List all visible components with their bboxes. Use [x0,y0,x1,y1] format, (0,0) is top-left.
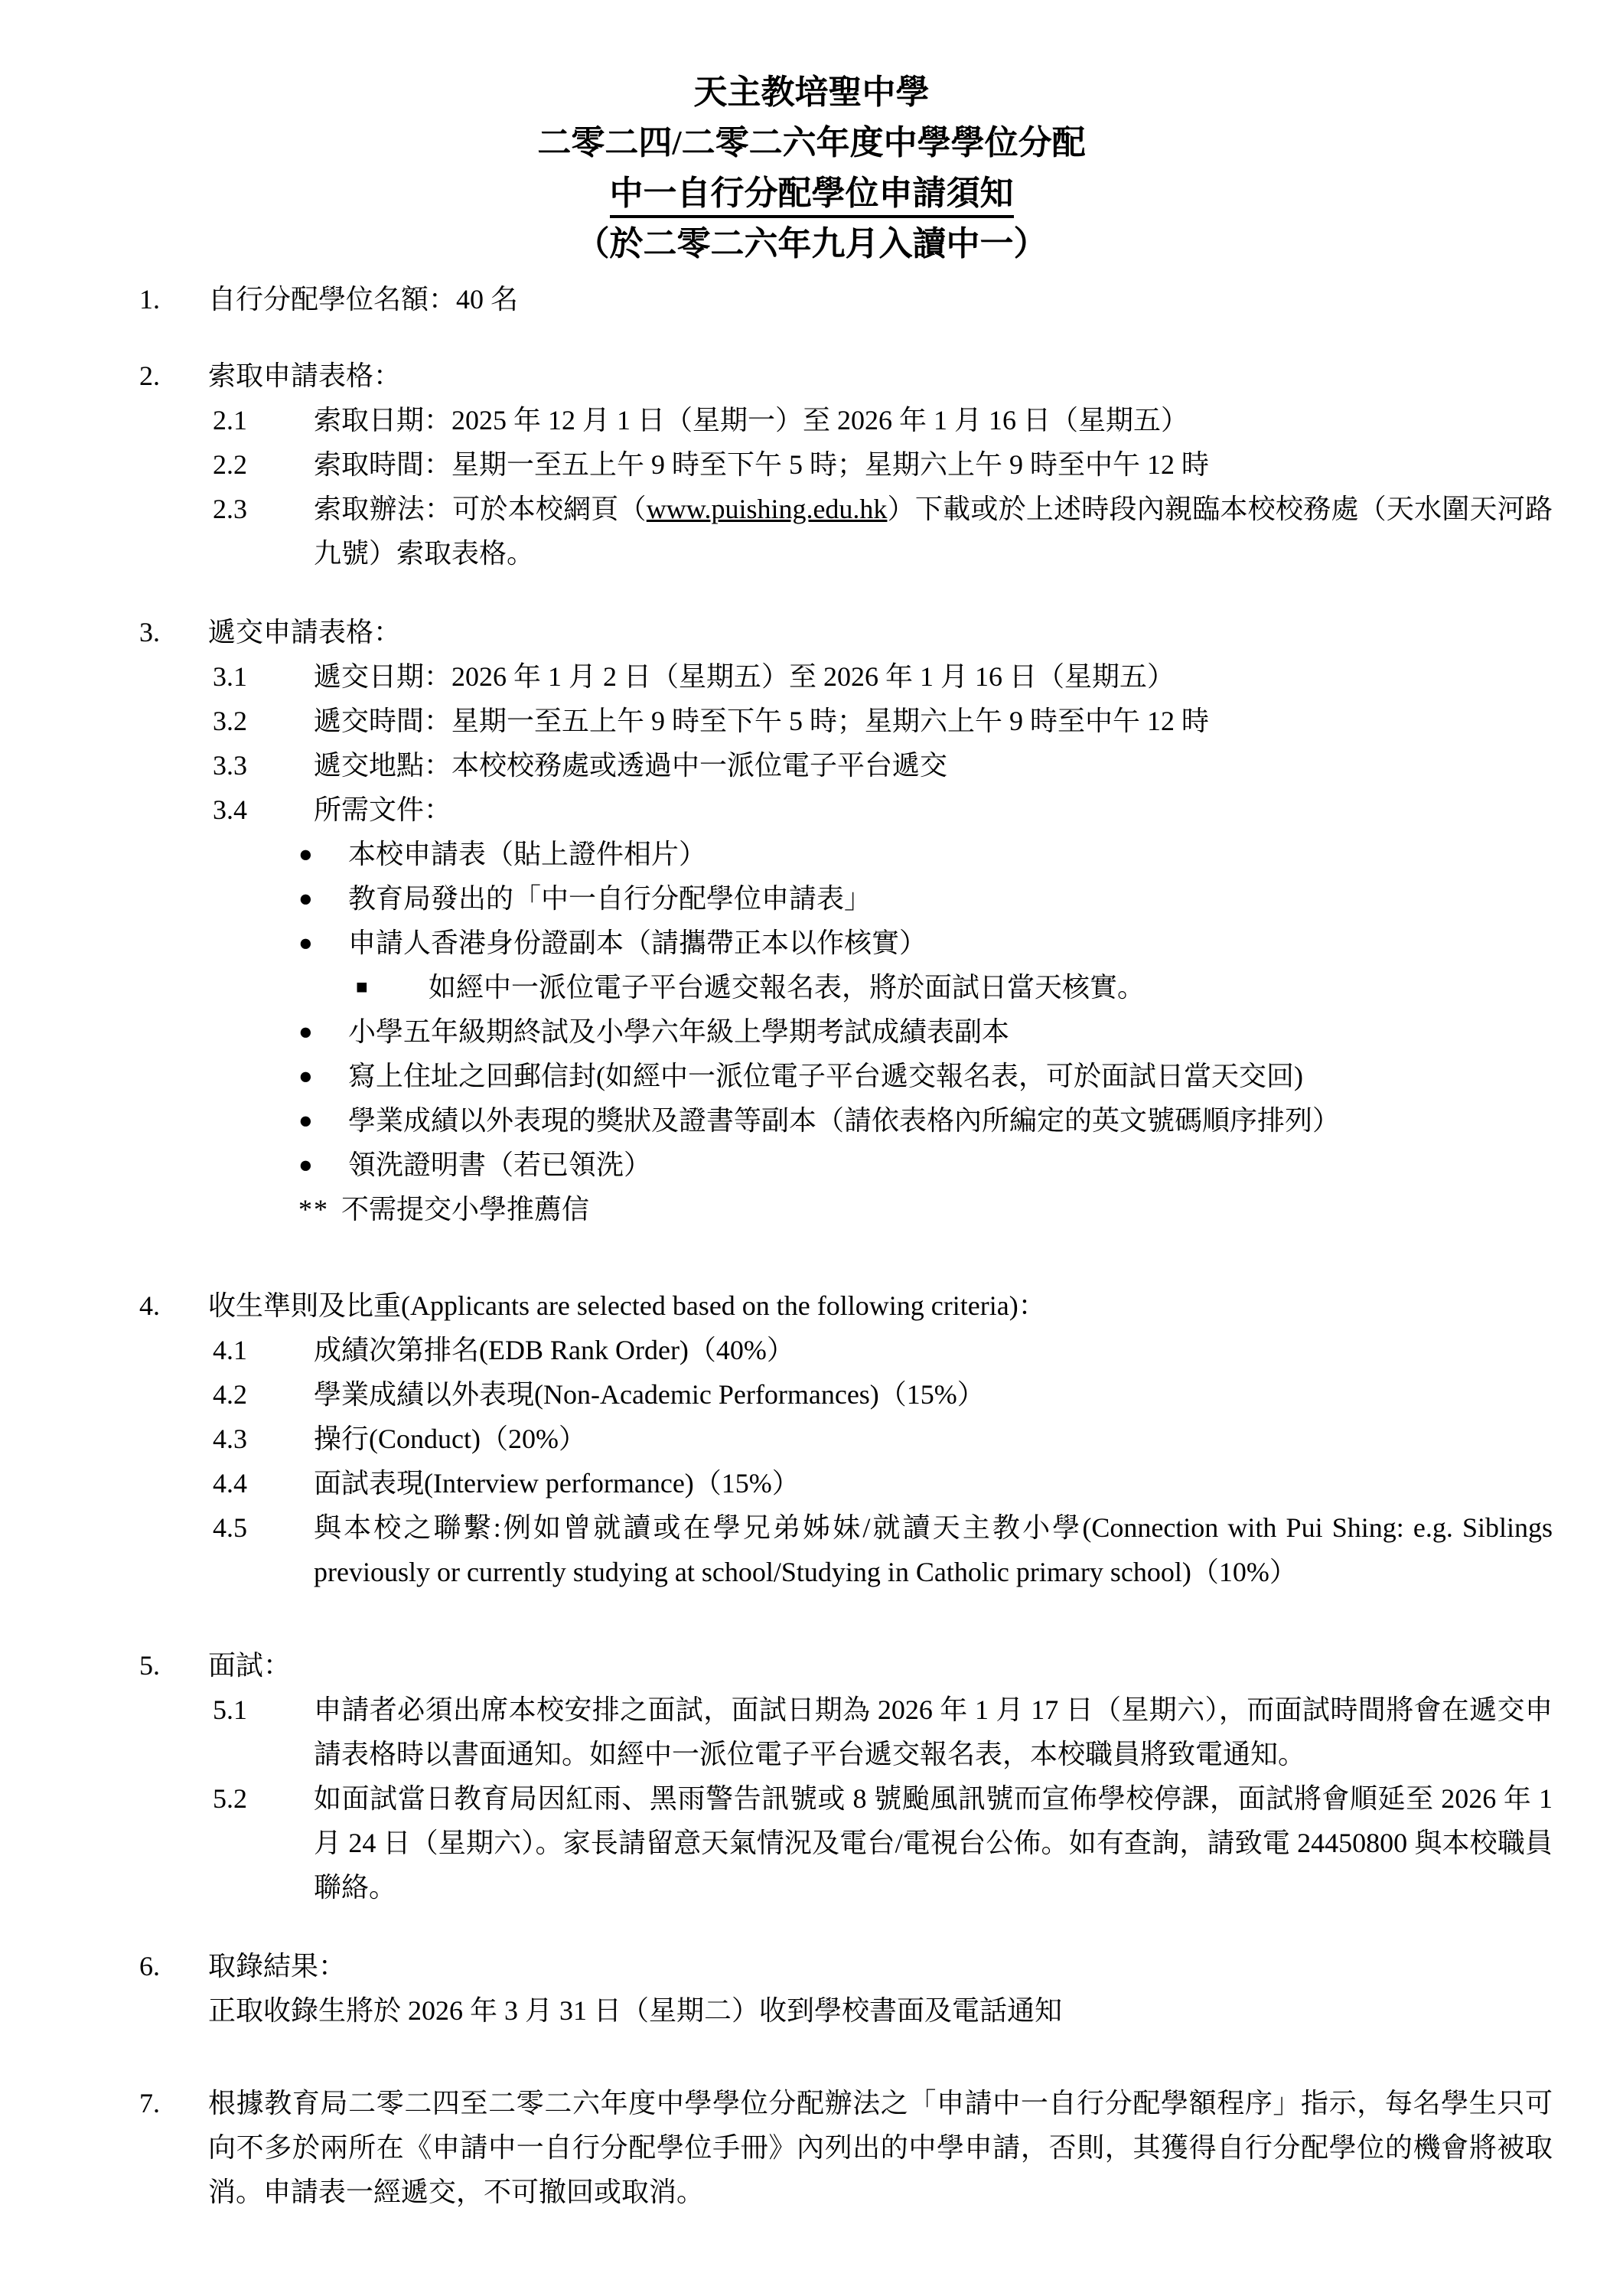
document-item-text: 小學五年級期終試及小學六年級上學期考試成績表副本 [348,1009,1553,1054]
criterion-4-2: 4.2 學業成績以外表現(Non-Academic Performances)（… [213,1372,1553,1417]
bullet-icon: ● [298,876,348,921]
edb-rule-paragraph: 7. 根據教育局二零二四至二零二六年度中學學位分配辦法之「申請中一自行分配學額程… [139,2081,1553,2214]
section-5-number: 5. [139,1643,208,1688]
notice-document: 天主教培聖中學 二零二四/二零二六年度中學學位分配 中一自行分配學位申請須知 （… [0,0,1623,2296]
section-3-title: 遞交申請表格： [208,610,1553,654]
section-3: 3. 遞交申請表格： 3.1 遞交日期：2026 年 1 月 2 日（星期五）至… [139,610,1553,1231]
item-3-2-number: 3.2 [213,699,314,743]
document-item-text: 本校申請表（貼上證件相片） [348,832,1553,876]
section-3-heading: 3. 遞交申請表格： [139,610,1553,654]
criterion-4-1-text: 成績次第排名(EDB Rank Order)（40%） [314,1328,1553,1372]
item-2-3-number: 2.3 [213,487,314,531]
interview-item-5-2-number: 5.2 [213,1776,314,1821]
intake-note: （於二零二六年九月入讀中一） [0,219,1623,269]
document-item-text: 教育局發出的「中一自行分配學位申請表」 [348,876,1553,921]
criterion-4-3-number: 4.3 [213,1417,314,1461]
item-3-3-number: 3.3 [213,743,314,788]
item-1: 1. 自行分配學位名額：40 名 [139,277,1553,321]
section-2-title: 索取申請表格： [208,354,1553,398]
section-6-title: 取錄結果： [208,1944,1553,1988]
no-recommendation-letter-note: ** 不需提交小學推薦信 [298,1187,1553,1231]
document-item-baptism-certificate: ● 領洗證明書（若已領洗） [298,1143,1553,1187]
document-page: { "header": { "school_name": "天主教培聖中學", … [0,0,1623,2296]
section-6: 6. 取錄結果： 正取收錄生將於 2026 年 3 月 31 日（星期二）收到學… [139,1944,1553,2033]
criterion-4-2-text: 學業成績以外表現(Non-Academic Performances)（15%） [314,1372,1553,1417]
interview-item-5-2: 5.2 如面試當日教育局因紅雨、黑雨警告訊號或 8 號颱風訊號而宣佈學校停課，面… [213,1776,1553,1910]
document-subitem-epa-verification: ■ 如經中一派位電子平台遞交報名表，將於面試日當天核實。 [356,965,1553,1009]
document-item-text: 申請人香港身份證副本（請攜帶正本以作核實） [348,921,1553,965]
admission-result-line: 正取收錄生將於 2026 年 3 月 31 日（星期二）收到學校書面及電話通知 [139,1988,1553,2033]
note-text: 不需提交小學推薦信 [341,1187,1553,1231]
document-item-certificates: ● 學業成績以外表現的獎狀及證書等副本（請依表格內所編定的英文號碼順序排列） [298,1098,1553,1143]
section-4-title: 收生準則及比重(Applicants are selected based on… [208,1283,1553,1328]
section-4: 4. 收生準則及比重(Applicants are selected based… [139,1283,1553,1594]
item-3-2-text: 遞交時間：星期一至五上午 9 時至下午 5 時；星期六上午 9 時至中午 12 … [314,699,1553,743]
section-6-heading: 6. 取錄結果： [139,1944,1553,1988]
bullet-icon: ● [298,1143,348,1187]
admission-result-text: 正取收錄生將於 2026 年 3 月 31 日（星期二）收到學校書面及電話通知 [208,1988,1553,2033]
document-body: 1. 自行分配學位名額：40 名 2. 索取申請表格： 2.1 索取日期：202… [0,277,1623,2214]
criterion-4-4: 4.4 面試表現(Interview performance)（15%） [213,1461,1553,1505]
item-2-2-text: 索取時間：星期一至五上午 9 時至下午 5 時；星期六上午 9 時至中午 12 … [314,442,1553,487]
item-2-3-text-pre: 索取辦法：可於本校網頁（ [314,494,647,524]
document-item-application-form: ● 本校申請表（貼上證件相片） [298,832,1553,876]
interview-item-5-1-number: 5.1 [213,1688,314,1732]
item-2-1-text: 索取日期：2025 年 12 月 1 日（星期一）至 2026 年 1 月 16… [314,398,1553,442]
document-subitem-text: 如經中一派位電子平台遞交報名表，將於面試日當天核實。 [429,965,1553,1009]
criterion-4-4-text: 面試表現(Interview performance)（15%） [314,1461,1553,1505]
document-item-hkid-copy: ● 申請人香港身份證副本（請攜帶正本以作核實） [298,921,1553,965]
document-item-text: 學業成績以外表現的獎狀及證書等副本（請依表格內所編定的英文號碼順序排列） [348,1098,1553,1143]
document-item-text: 領洗證明書（若已領洗） [348,1143,1553,1187]
bullet-icon: ● [298,1009,348,1054]
bullet-icon: ● [298,1098,348,1143]
item-1-number: 1. [139,277,208,321]
section-2-heading: 2. 索取申請表格： [139,354,1553,398]
item-2-3: 2.3 索取辦法：可於本校網頁（www.puishing.edu.hk）下載或於… [213,487,1553,576]
criterion-4-5-text: 與本校之聯繫:例如曾就讀或在學兄弟姊妹/就讀天主教小學(Connection w… [314,1505,1553,1594]
square-bullet-icon: ■ [356,965,429,1009]
section-5-heading: 5. 面試： [139,1643,1553,1688]
allocation-cycle-title: 二零二四/二零二六年度中學學位分配 [0,118,1623,168]
document-item-report-cards: ● 小學五年級期終試及小學六年級上學期考試成績表副本 [298,1009,1553,1054]
section-5-title: 面試： [208,1643,1553,1688]
item-3-4-text: 所需文件： [314,788,1553,832]
item-3-1: 3.1 遞交日期：2026 年 1 月 2 日（星期五）至 2026 年 1 月… [213,654,1553,699]
item-2-2-number: 2.2 [213,442,314,487]
section-5: 5. 面試： 5.1 申請者必須出席本校安排之面試，面試日期為 2026 年 1… [139,1643,1553,1910]
required-documents-list: ● 本校申請表（貼上證件相片） ● 教育局發出的「中一自行分配學位申請表」 ● … [298,832,1553,1231]
criterion-4-5: 4.5 與本校之聯繫:例如曾就讀或在學兄弟姊妹/就讀天主教小學(Connecti… [213,1505,1553,1594]
double-asterisk-marker: ** [298,1187,341,1231]
criterion-4-4-number: 4.4 [213,1461,314,1505]
item-3-1-number: 3.1 [213,654,314,699]
section-2: 2. 索取申請表格： 2.1 索取日期：2025 年 12 月 1 日（星期一）… [139,354,1553,576]
document-item-edb-form: ● 教育局發出的「中一自行分配學位申請表」 [298,876,1553,921]
item-2-2: 2.2 索取時間：星期一至五上午 9 時至下午 5 時；星期六上午 9 時至中午… [213,442,1553,487]
notice-title-text: 中一自行分配學位申請須知 [610,174,1014,218]
item-2-1-number: 2.1 [213,398,314,442]
bullet-icon: ● [298,921,348,965]
interview-item-5-1: 5.1 申請者必須出席本校安排之面試，面試日期為 2026 年 1 月 17 日… [213,1688,1553,1776]
edb-rule-text: 根據教育局二零二四至二零二六年度中學學位分配辦法之「申請中一自行分配學額程序」指… [208,2081,1553,2214]
school-website-link[interactable]: www.puishing.edu.hk [647,494,888,524]
criterion-4-5-number: 4.5 [213,1505,314,1550]
notice-title: 中一自行分配學位申請須知 [0,168,1623,219]
criterion-4-1-number: 4.1 [213,1328,314,1372]
section-6-number: 6. [139,1944,208,1988]
section-3-number: 3. [139,610,208,654]
item-1-text: 自行分配學位名額：40 名 [208,277,1553,321]
document-item-return-envelope: ● 寫上住址之回郵信封(如經中一派位電子平台遞交報名表，可於面試日當天交回) [298,1054,1553,1098]
bullet-icon: ● [298,1054,348,1098]
section-4-heading: 4. 收生準則及比重(Applicants are selected based… [139,1283,1553,1328]
criterion-4-1: 4.1 成績次第排名(EDB Rank Order)（40%） [213,1328,1553,1372]
item-3-3-text: 遞交地點：本校校務處或透過中一派位電子平台遞交 [314,743,1553,788]
section-7-number: 7. [139,2081,208,2125]
item-3-2: 3.2 遞交時間：星期一至五上午 9 時至下午 5 時；星期六上午 9 時至中午… [213,699,1553,743]
item-3-4: 3.4 所需文件： [213,788,1553,832]
item-2-3-text: 索取辦法：可於本校網頁（www.puishing.edu.hk）下載或於上述時段… [314,487,1553,576]
item-3-1-text: 遞交日期：2026 年 1 月 2 日（星期五）至 2026 年 1 月 16 … [314,654,1553,699]
school-name: 天主教培聖中學 [0,67,1623,118]
criterion-4-2-number: 4.2 [213,1372,314,1417]
document-header: 天主教培聖中學 二零二四/二零二六年度中學學位分配 中一自行分配學位申請須知 （… [0,0,1623,269]
criterion-4-3: 4.3 操行(Conduct)（20%） [213,1417,1553,1461]
section-7: 7. 根據教育局二零二四至二零二六年度中學學位分配辦法之「申請中一自行分配學額程… [139,2081,1553,2214]
bullet-icon: ● [298,832,348,876]
document-item-text: 寫上住址之回郵信封(如經中一派位電子平台遞交報名表，可於面試日當天交回) [348,1054,1553,1098]
interview-item-5-1-text: 申請者必須出席本校安排之面試，面試日期為 2026 年 1 月 17 日（星期六… [314,1688,1553,1776]
section-2-number: 2. [139,354,208,398]
interview-item-5-2-text: 如面試當日教育局因紅雨、黑雨警告訊號或 8 號颱風訊號而宣佈學校停課，面試將會順… [314,1776,1553,1910]
item-3-4-number: 3.4 [213,788,314,832]
item-2-1: 2.1 索取日期：2025 年 12 月 1 日（星期一）至 2026 年 1 … [213,398,1553,442]
section-4-number: 4. [139,1283,208,1328]
item-3-3: 3.3 遞交地點：本校校務處或透過中一派位電子平台遞交 [213,743,1553,788]
criterion-4-3-text: 操行(Conduct)（20%） [314,1417,1553,1461]
